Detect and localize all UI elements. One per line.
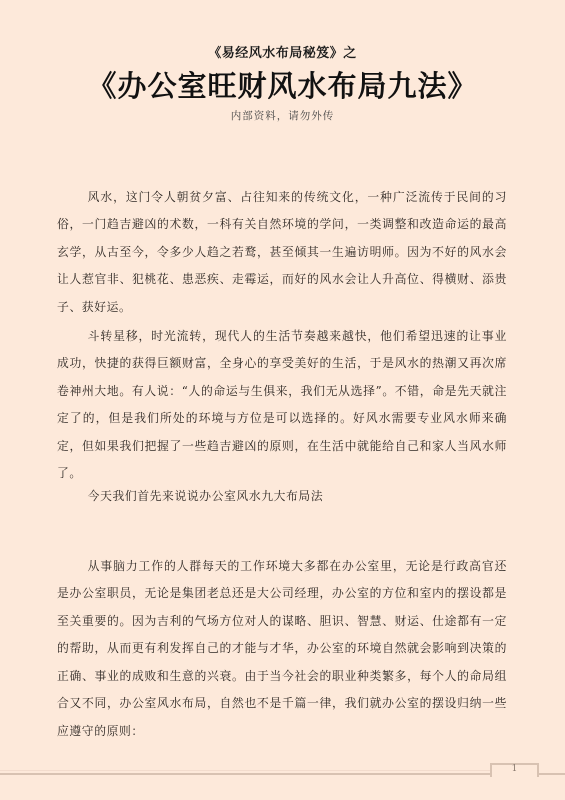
- document-page: 《易经风水布局秘笈》之 《办公室旺财风水布局九法》 内部资料，请勿外传 风水，这…: [0, 0, 565, 800]
- confidential-note: 内部资料，请勿外传: [0, 108, 565, 123]
- series-title: 《易经风水布局秘笈》之: [0, 42, 565, 61]
- paragraph-intro: 风水，这门令人朝贫夕富、占往知来的传统文化，一种广泛流传于民间的习俗，一门趋吉避…: [57, 184, 507, 322]
- paragraph-modern-life: 斗转星移，时光流转，现代人的生活节奏越来越快，他们希望迅速的让事业成功，快捷的获…: [57, 323, 507, 488]
- section-heading: 今天我们首先来说说办公室风水九大布局法: [57, 483, 323, 511]
- paragraph-office-feng-shui: 从事脑力工作的人群每天的工作环境大多都在办公室里，无论是行政高官还是办公室职员，…: [57, 553, 507, 746]
- footer-rule: [0, 773, 565, 775]
- footer-rule-thin: [0, 770, 490, 771]
- page-number: 1: [490, 764, 539, 774]
- page-title: 《办公室旺财风水布局九法》: [0, 64, 565, 105]
